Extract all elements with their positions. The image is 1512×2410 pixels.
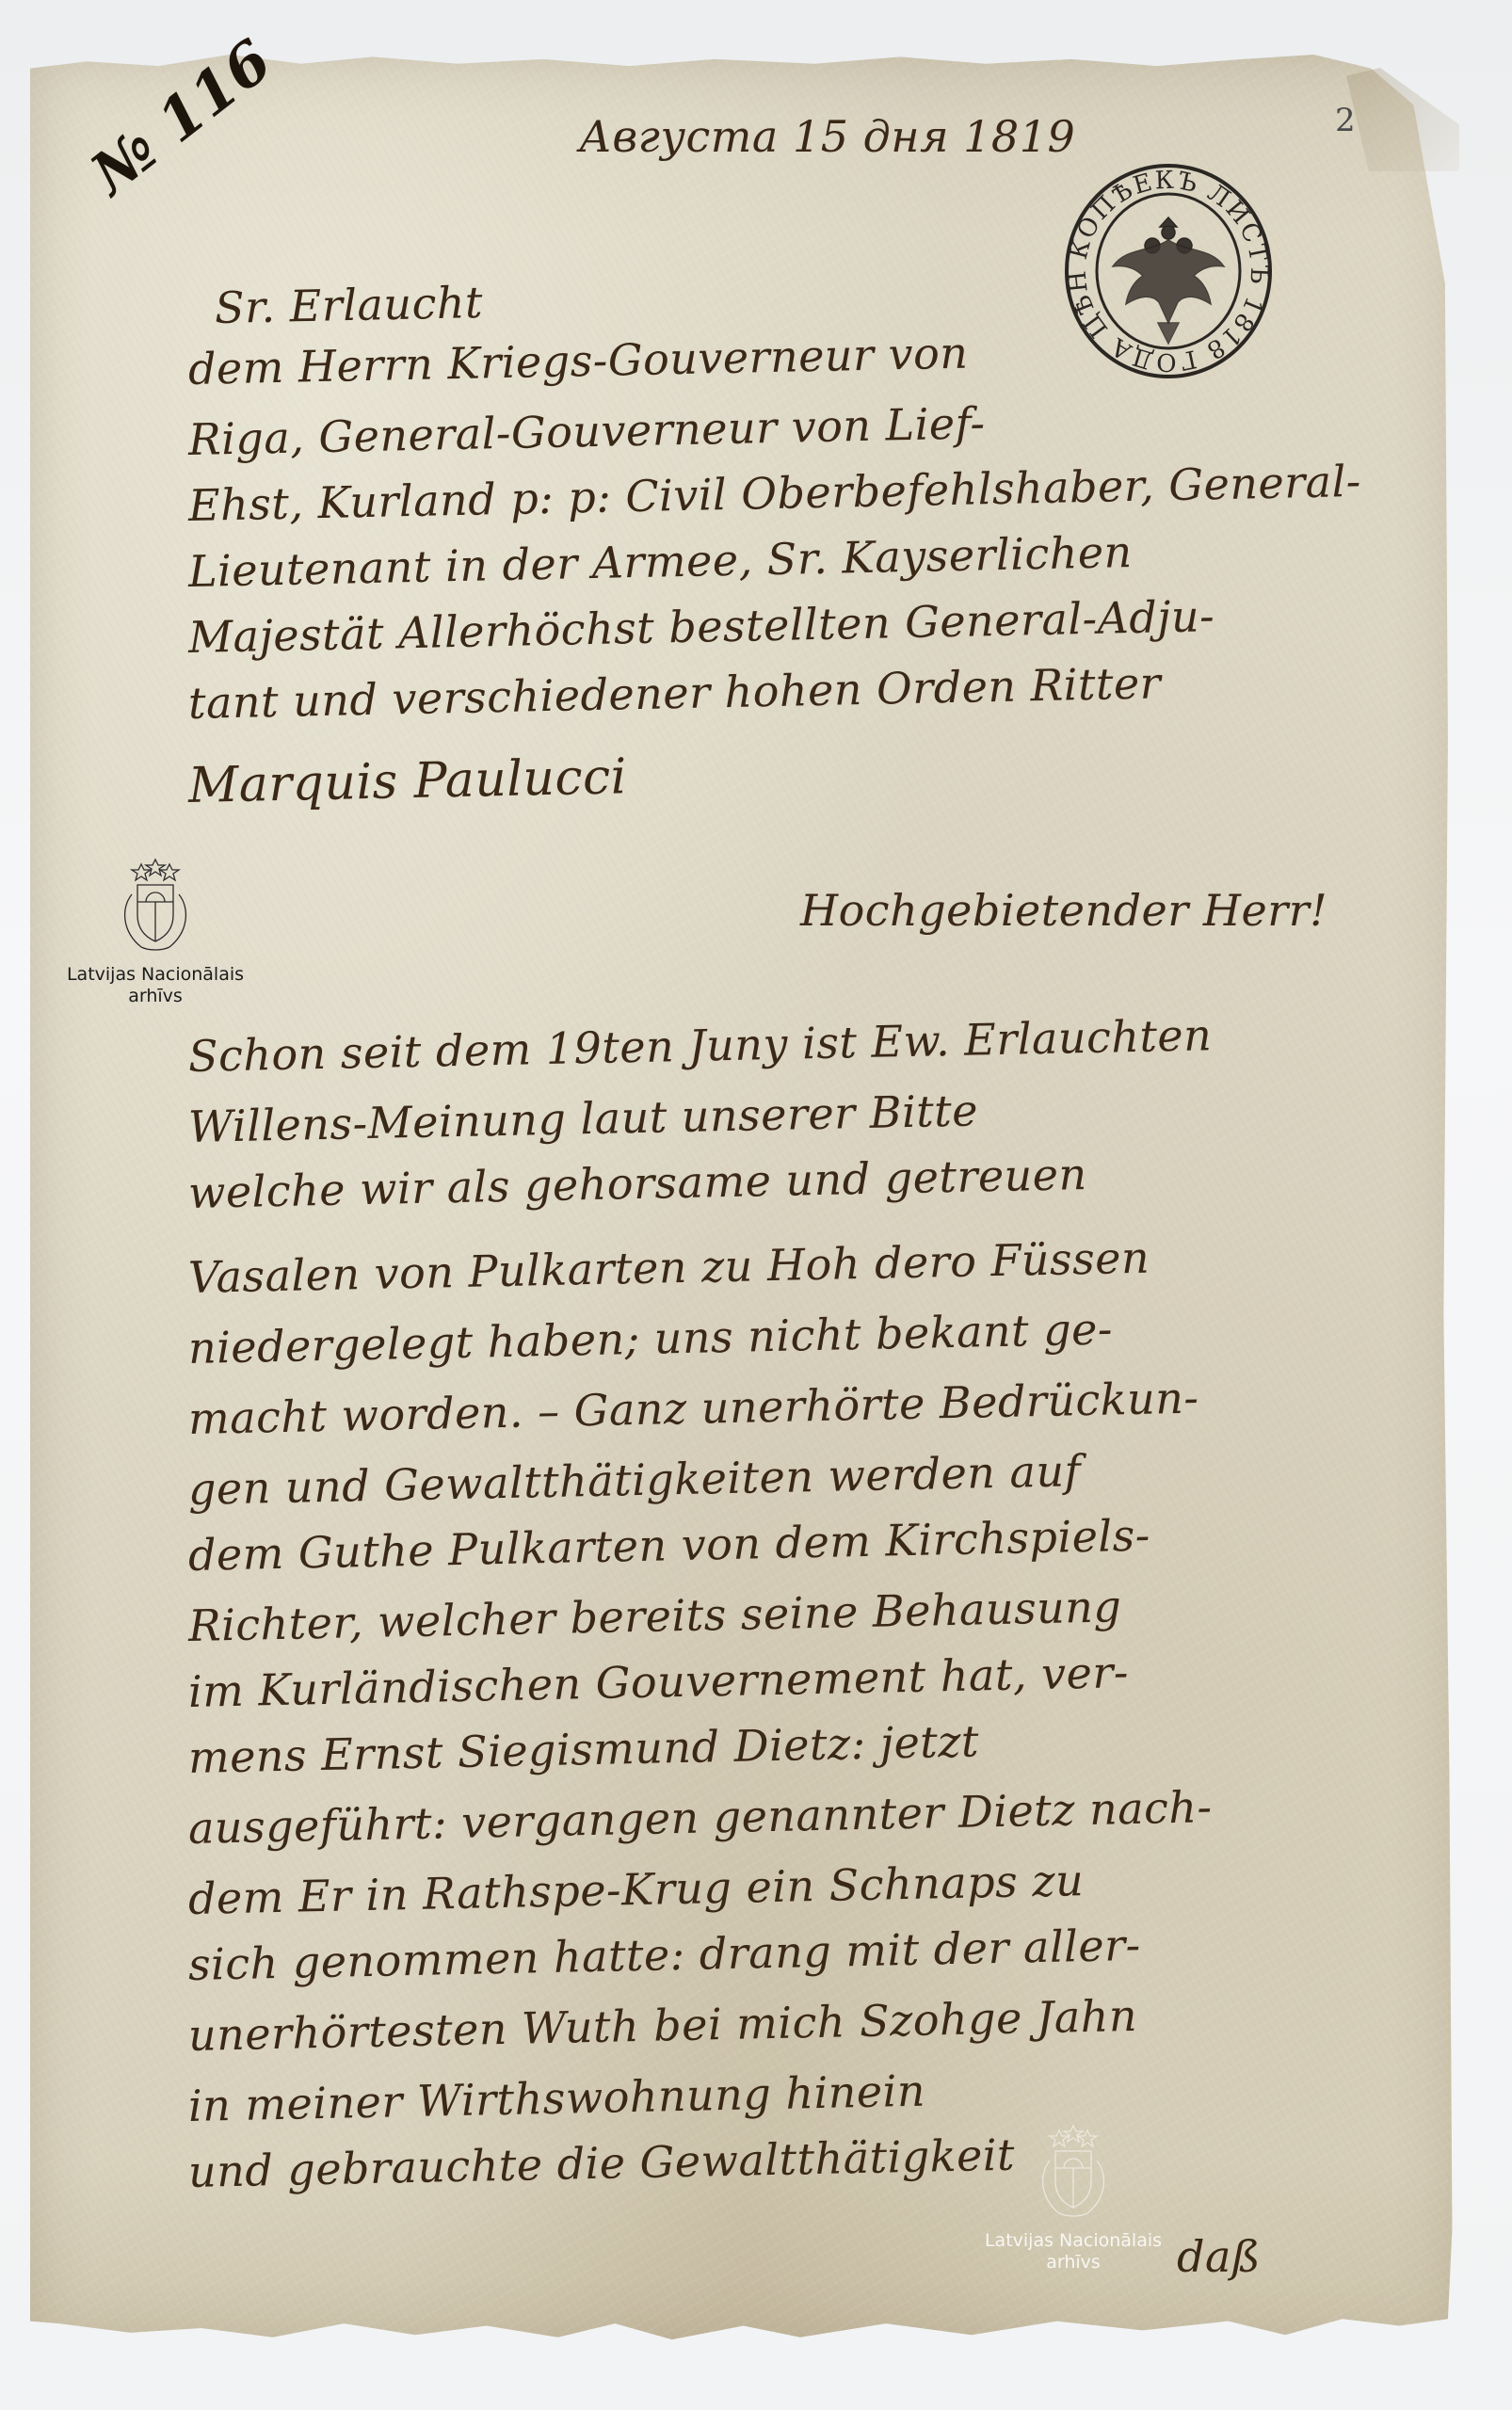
watermark-text-line1: Latvijas Nacionālais [56, 964, 254, 986]
double-headed-eagle-seal-icon: КОПѢЕКЪ ЛИСТЪ 1818 ГОДА ЦѢНА 50 [1060, 163, 1277, 379]
watermark-text-line1: Latvijas Nacionālais [960, 2230, 1186, 2252]
salutation: Hochgebietender Herr! [800, 885, 1327, 936]
page-number: 2 [1335, 102, 1356, 139]
catchword: daß [1177, 2231, 1261, 2282]
archive-watermark-right: Latvijas Nacionālais arhīvs [960, 2123, 1186, 2273]
address-recipient-name: Marquis Paulucci [187, 748, 627, 814]
stamp-seal: КОПѢЕКЪ ЛИСТЪ 1818 ГОДА ЦѢНА 50 [1060, 163, 1277, 379]
watermark-text-line2: arhīvs [960, 2252, 1186, 2273]
archive-watermark-left: Latvijas Nacionālais arhīvs [56, 857, 254, 1007]
watermark-text-line2: arhīvs [56, 986, 254, 1007]
dateline: Августа 15 дня 1819 [579, 111, 1075, 162]
address-line-1: Sr. Erlaucht [214, 277, 483, 333]
latvia-coat-of-arms-icon [113, 857, 198, 960]
latvia-coat-of-arms-icon [1031, 2123, 1116, 2226]
